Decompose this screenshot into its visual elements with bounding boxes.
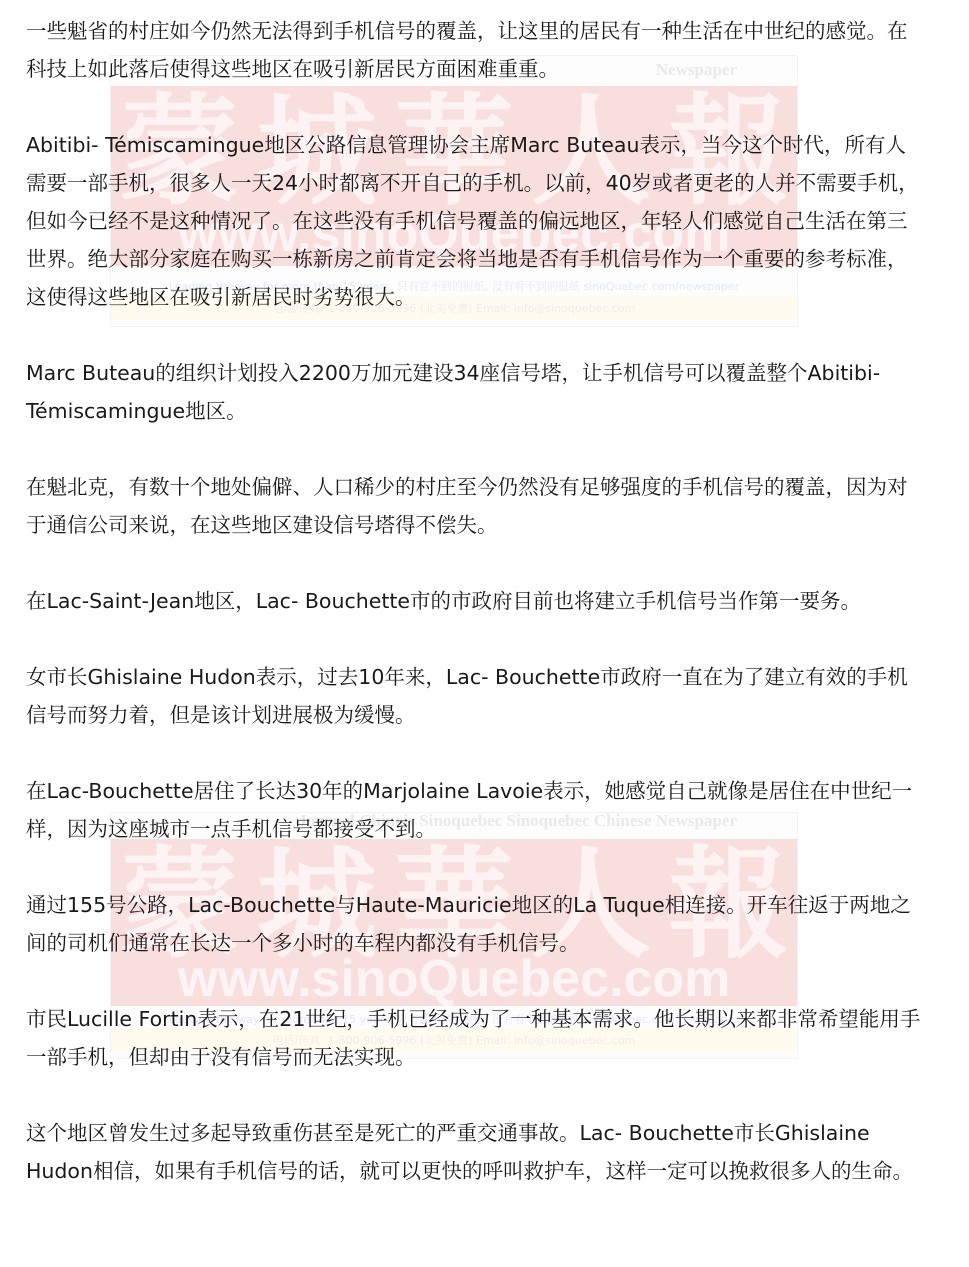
article-paragraph: 女市长Ghislaine Hudon表示，过去10年来，Lac- Bouchet… [26, 658, 926, 734]
article-paragraph: 通过155号公路，Lac-Bouchette与Haute-Mauricie地区的… [26, 886, 926, 962]
article-paragraph: 在Lac-Saint-Jean地区，Lac- Bouchette市的市政府目前也… [26, 582, 926, 620]
article-paragraph: 这个地区曾发生过多起导致重伤甚至是死亡的严重交通事故。Lac- Bouchett… [26, 1114, 926, 1190]
article-paragraph: 在Lac-Bouchette居住了长达30年的Marjolaine Lavoie… [26, 772, 926, 848]
article-paragraph: 在魁北克，有数十个地处偏僻、人口稀少的村庄至今仍然没有足够强度的手机信号的覆盖，… [26, 468, 926, 544]
article-paragraph: 市民Lucille Fortin表示，在21世纪，手机已经成为了一种基本需求。他… [26, 1000, 926, 1076]
article-paragraph: Abitibi- Témiscamingue地区公路信息管理协会主席Marc B… [26, 126, 926, 316]
article-body: 一些魁省的村庄如今仍然无法得到手机信号的覆盖，让这里的居民有一种生活在中世纪的感… [26, 12, 926, 1228]
article-paragraph: 一些魁省的村庄如今仍然无法得到手机信号的覆盖，让这里的居民有一种生活在中世纪的感… [26, 12, 926, 88]
article-paragraph: Marc Buteau的组织计划投入2200万加元建设34座信号塔，让手机信号可… [26, 354, 926, 430]
